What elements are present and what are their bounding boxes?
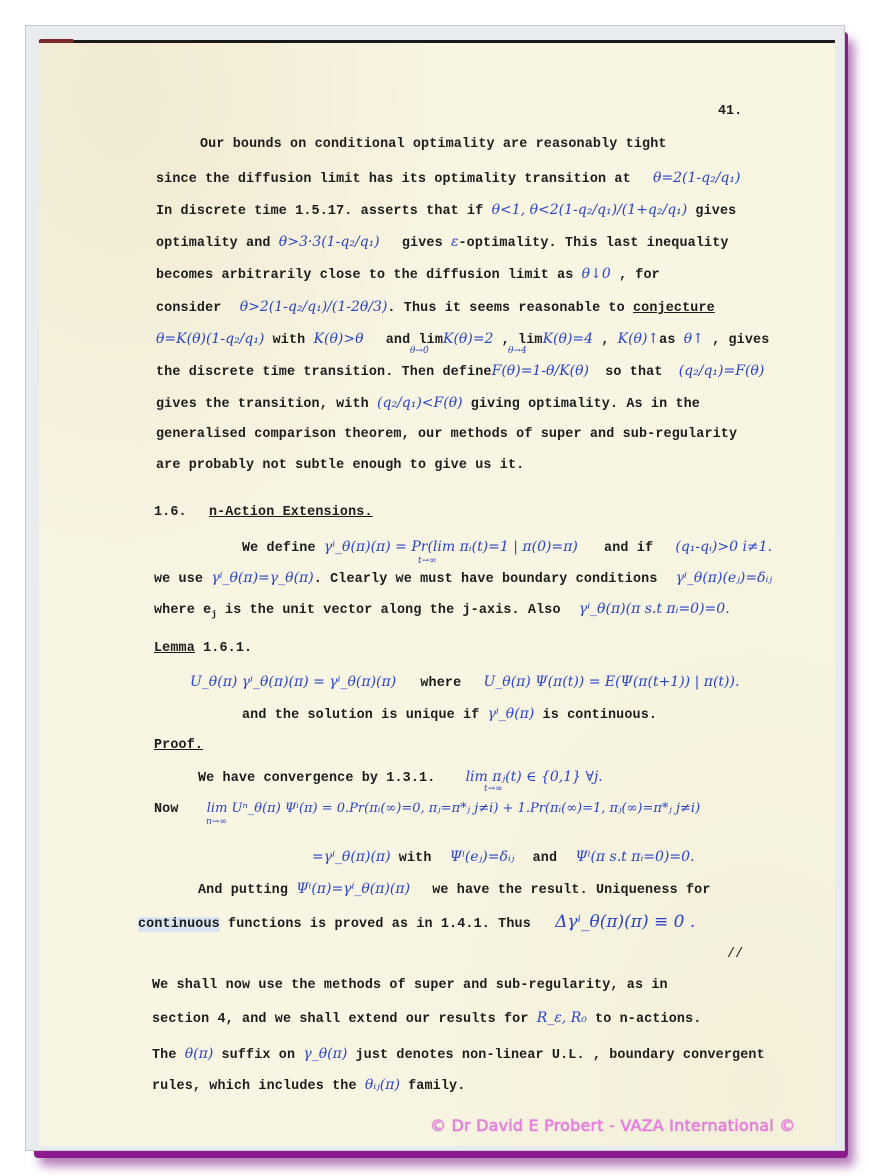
page-corner-mark: [39, 39, 74, 43]
section-line2: we use γⁱ_θ(π)=γ_θ(π). Clearly we must h…: [154, 570, 772, 587]
proof-line4: And putting Ψⁱ(π)=γⁱ_θ(π)(π) we have the…: [198, 881, 711, 898]
text: with: [273, 333, 306, 348]
handwritten-math: U_θ(π) γⁱ_θ(π)(π) = γⁱ_θ(π)(π): [190, 674, 396, 690]
text: and the solution is unique if: [242, 708, 479, 723]
handwritten-math: Ψⁱ(π)=γⁱ_θ(π)(π): [296, 881, 410, 897]
handwritten-math: (q₁-qᵢ)>0 i≠1.: [675, 539, 772, 555]
text: , gives: [712, 333, 769, 348]
text: since the diffusion limit has its optima…: [156, 172, 631, 187]
handwritten-math: θ↑: [684, 331, 704, 347]
text: we have the result. Uniqueness for: [432, 883, 710, 898]
para1-line9: gives the transition, with (q₂/q₁)<F(θ) …: [156, 395, 700, 412]
text: In discrete time 1.5.17. asserts that if: [156, 204, 483, 219]
proof-label: Proof.: [154, 738, 203, 753]
text: and if: [604, 541, 653, 556]
handwritten-math: θ=2(1-q₂/q₁): [653, 170, 741, 186]
page-number: 41.: [718, 104, 742, 119]
para1-line1: Our bounds on conditional optimality are…: [200, 137, 667, 152]
handwritten-math: γⁱ_θ(π)(eⱼ)=δᵢⱼ: [676, 570, 772, 586]
text: gives the transition, with: [156, 397, 369, 412]
text: Now: [154, 802, 179, 817]
limit-subscript: θ→4: [508, 346, 527, 356]
section-heading: 1.6. n-Action Extensions.: [154, 505, 373, 520]
text: ,: [601, 333, 609, 348]
limit-subscript: t→∞: [484, 784, 503, 794]
closing-line4: rules, which includes the θᵢⱼ(π) family.: [152, 1077, 465, 1094]
text: , for: [619, 268, 660, 283]
handwritten-math: θ(π): [185, 1046, 214, 1062]
text: so that: [605, 365, 662, 380]
text: . Clearly we must have boundary conditio…: [314, 572, 658, 587]
text: family.: [408, 1079, 465, 1094]
handwritten-math: γⁱ_θ(π)(π s.t πᵢ=0)=0.: [579, 601, 730, 617]
closing-line1: We shall now use the methods of super an…: [152, 978, 668, 993]
handwritten-math: K(θ)=2: [443, 331, 493, 347]
para1-line4: optimality and θ>3·3(1-q₂/q₁) gives ε-op…: [156, 234, 729, 251]
lemma-number: 1.6.1.: [203, 641, 252, 656]
lemma-label: Lemma: [154, 641, 195, 656]
text: rules, which includes the: [152, 1079, 357, 1094]
handwritten-math: F(θ)=1-θ/K(θ): [492, 363, 589, 379]
text: optimality and: [156, 236, 271, 251]
text: to n-actions.: [595, 1012, 701, 1027]
handwritten-math: θ<1, θ<2(1-q₂/q₁)/(1+q₂/q₁): [492, 202, 688, 218]
para1-line3: In discrete time 1.5.17. asserts that if…: [156, 202, 736, 219]
handwritten-math: Δγⁱ_θ(π)(π) ≡ 0 .: [555, 912, 695, 932]
text: -optimality. This last inequality: [458, 236, 728, 251]
text: is the unit vector along the j-axis. Als…: [217, 603, 561, 618]
limit-subscript: θ→0: [410, 346, 429, 356]
para1-line5: becomes arbitrarily close to the diffusi…: [156, 266, 660, 283]
handwritten-math: K(θ)>θ: [314, 331, 364, 347]
text: and: [533, 851, 558, 866]
closing-line2: section 4, and we shall extend our resul…: [152, 1010, 701, 1027]
text: . Thus it seems reasonable to: [387, 301, 624, 316]
handwritten-math: (q₂/q₁)=F(θ): [679, 363, 765, 379]
para1-line6: consider θ>2(1-q₂/q₁)/(1-2θ/3). Thus it …: [156, 299, 715, 316]
proof-line5: continuous functions is proved as in 1.4…: [138, 912, 695, 932]
lemma-line2: and the solution is unique if γⁱ_θ(π) is…: [242, 706, 657, 723]
handwritten-math: Ψⁱ(eⱼ)=δᵢⱼ: [450, 849, 515, 865]
section-number: 1.6.: [154, 505, 187, 520]
handwritten-math: θ>3·3(1-q₂/q₁): [279, 234, 380, 250]
text: The: [152, 1048, 177, 1063]
handwritten-math: θ=K(θ)(1-q₂/q₁): [156, 331, 264, 347]
handwritten-math: lim πⱼ(t) ∈ {0,1} ∀j.: [466, 769, 603, 785]
text: gives: [695, 204, 736, 219]
underlined-term: conjecture: [633, 301, 715, 316]
section-line3: where ej is the unit vector along the j-…: [154, 601, 730, 620]
copyright-watermark: © Dr David E Probert - VAZA Internationa…: [430, 1116, 795, 1135]
handwritten-math: lim Uⁿ_θ(π) Ψⁱ(π) = 0.Pr(πᵢ(∞)=0, πⱼ=π*ⱼ…: [207, 801, 700, 816]
handwritten-math: =γⁱ_θ(π)(π): [312, 849, 391, 865]
text: section 4, and we shall extend our resul…: [152, 1012, 529, 1027]
closing-line3: The θ(π) suffix on γ_θ(π) just denotes n…: [152, 1046, 765, 1063]
handwritten-math: θ↓0: [582, 266, 611, 282]
page-top-edge: [39, 40, 835, 43]
section-line1: We define γⁱ_θ(π)(π) = Pr(lim πᵢ(t)=1 | …: [242, 539, 772, 556]
section-title: n-Action Extensions.: [209, 505, 373, 520]
handwritten-math: R_ε, R₀: [537, 1010, 587, 1026]
highlighted-word: continuous: [138, 917, 220, 932]
text: functions is proved as in 1.4.1. Thus: [228, 917, 531, 932]
para1-line10: generalised comparison theorem, our meth…: [156, 427, 737, 442]
para1-line7: θ=K(θ)(1-q₂/q₁) with K(θ)>θ and limK(θ)=…: [156, 331, 769, 348]
handwritten-math: Ψⁱ(π s.t πᵢ=0)=0.: [575, 849, 694, 865]
handwritten-math: (q₂/q₁)<F(θ): [377, 395, 463, 411]
proof-line1: We have convergence by 1.3.1. lim πⱼ(t) …: [198, 769, 603, 786]
handwritten-math: γⁱ_θ(π)(π) = Pr(lim πᵢ(t)=1 | π(0)=π): [324, 539, 578, 555]
para1-line11: are probably not subtle enough to give u…: [156, 458, 524, 473]
text: consider: [156, 301, 222, 316]
handwritten-math: θᵢⱼ(π): [365, 1077, 400, 1093]
text: as: [659, 333, 675, 348]
text: is continuous.: [543, 708, 658, 723]
text: We have convergence by 1.3.1.: [198, 771, 435, 786]
lemma-equation: U_θ(π) γⁱ_θ(π)(π) = γⁱ_θ(π)(π) where U_θ…: [190, 674, 739, 691]
limit-subscript: t→∞: [418, 556, 437, 566]
text: where: [420, 676, 461, 691]
text: giving optimality. As in the: [471, 397, 700, 412]
text: we use: [154, 572, 203, 587]
text: where e: [154, 603, 211, 618]
text: We define: [242, 541, 316, 556]
text: with: [399, 851, 432, 866]
handwritten-math: γ_θ(π): [303, 1046, 347, 1062]
handwritten-math: γⁱ_θ(π)=γ_θ(π): [211, 570, 313, 586]
text: the discrete time transition. Then defin…: [156, 365, 492, 380]
handwritten-math: K(θ)↑: [618, 331, 660, 347]
handwritten-math: U_θ(π) Ψ(π(t)) = E(Ψ(π(t+1)) | π(t)).: [483, 674, 739, 690]
proof-line2: Now lim Uⁿ_θ(π) Ψⁱ(π) = 0.Pr(πᵢ(∞)=0, πⱼ…: [154, 801, 700, 817]
text: becomes arbitrarily close to the diffusi…: [156, 268, 573, 283]
limit-subscript: n→∞: [206, 817, 227, 827]
lemma-heading: Lemma 1.6.1.: [154, 641, 252, 656]
para1-line8: the discrete time transition. Then defin…: [156, 363, 764, 380]
handwritten-math: γⁱ_θ(π): [488, 706, 535, 722]
text: just denotes non-linear U.L. , boundary …: [355, 1048, 764, 1063]
end-of-proof-mark: //: [727, 947, 743, 962]
para1-line2: since the diffusion limit has its optima…: [156, 170, 740, 187]
text: gives: [402, 236, 443, 251]
text: And putting: [198, 883, 288, 898]
text: suffix on: [222, 1048, 296, 1063]
handwritten-math: θ>2(1-q₂/q₁)/(1-2θ/3): [240, 299, 388, 315]
proof-line3: =γⁱ_θ(π)(π) with Ψⁱ(eⱼ)=δᵢⱼ and Ψⁱ(π s.t…: [312, 849, 694, 866]
handwritten-math: K(θ)=4: [543, 331, 593, 347]
